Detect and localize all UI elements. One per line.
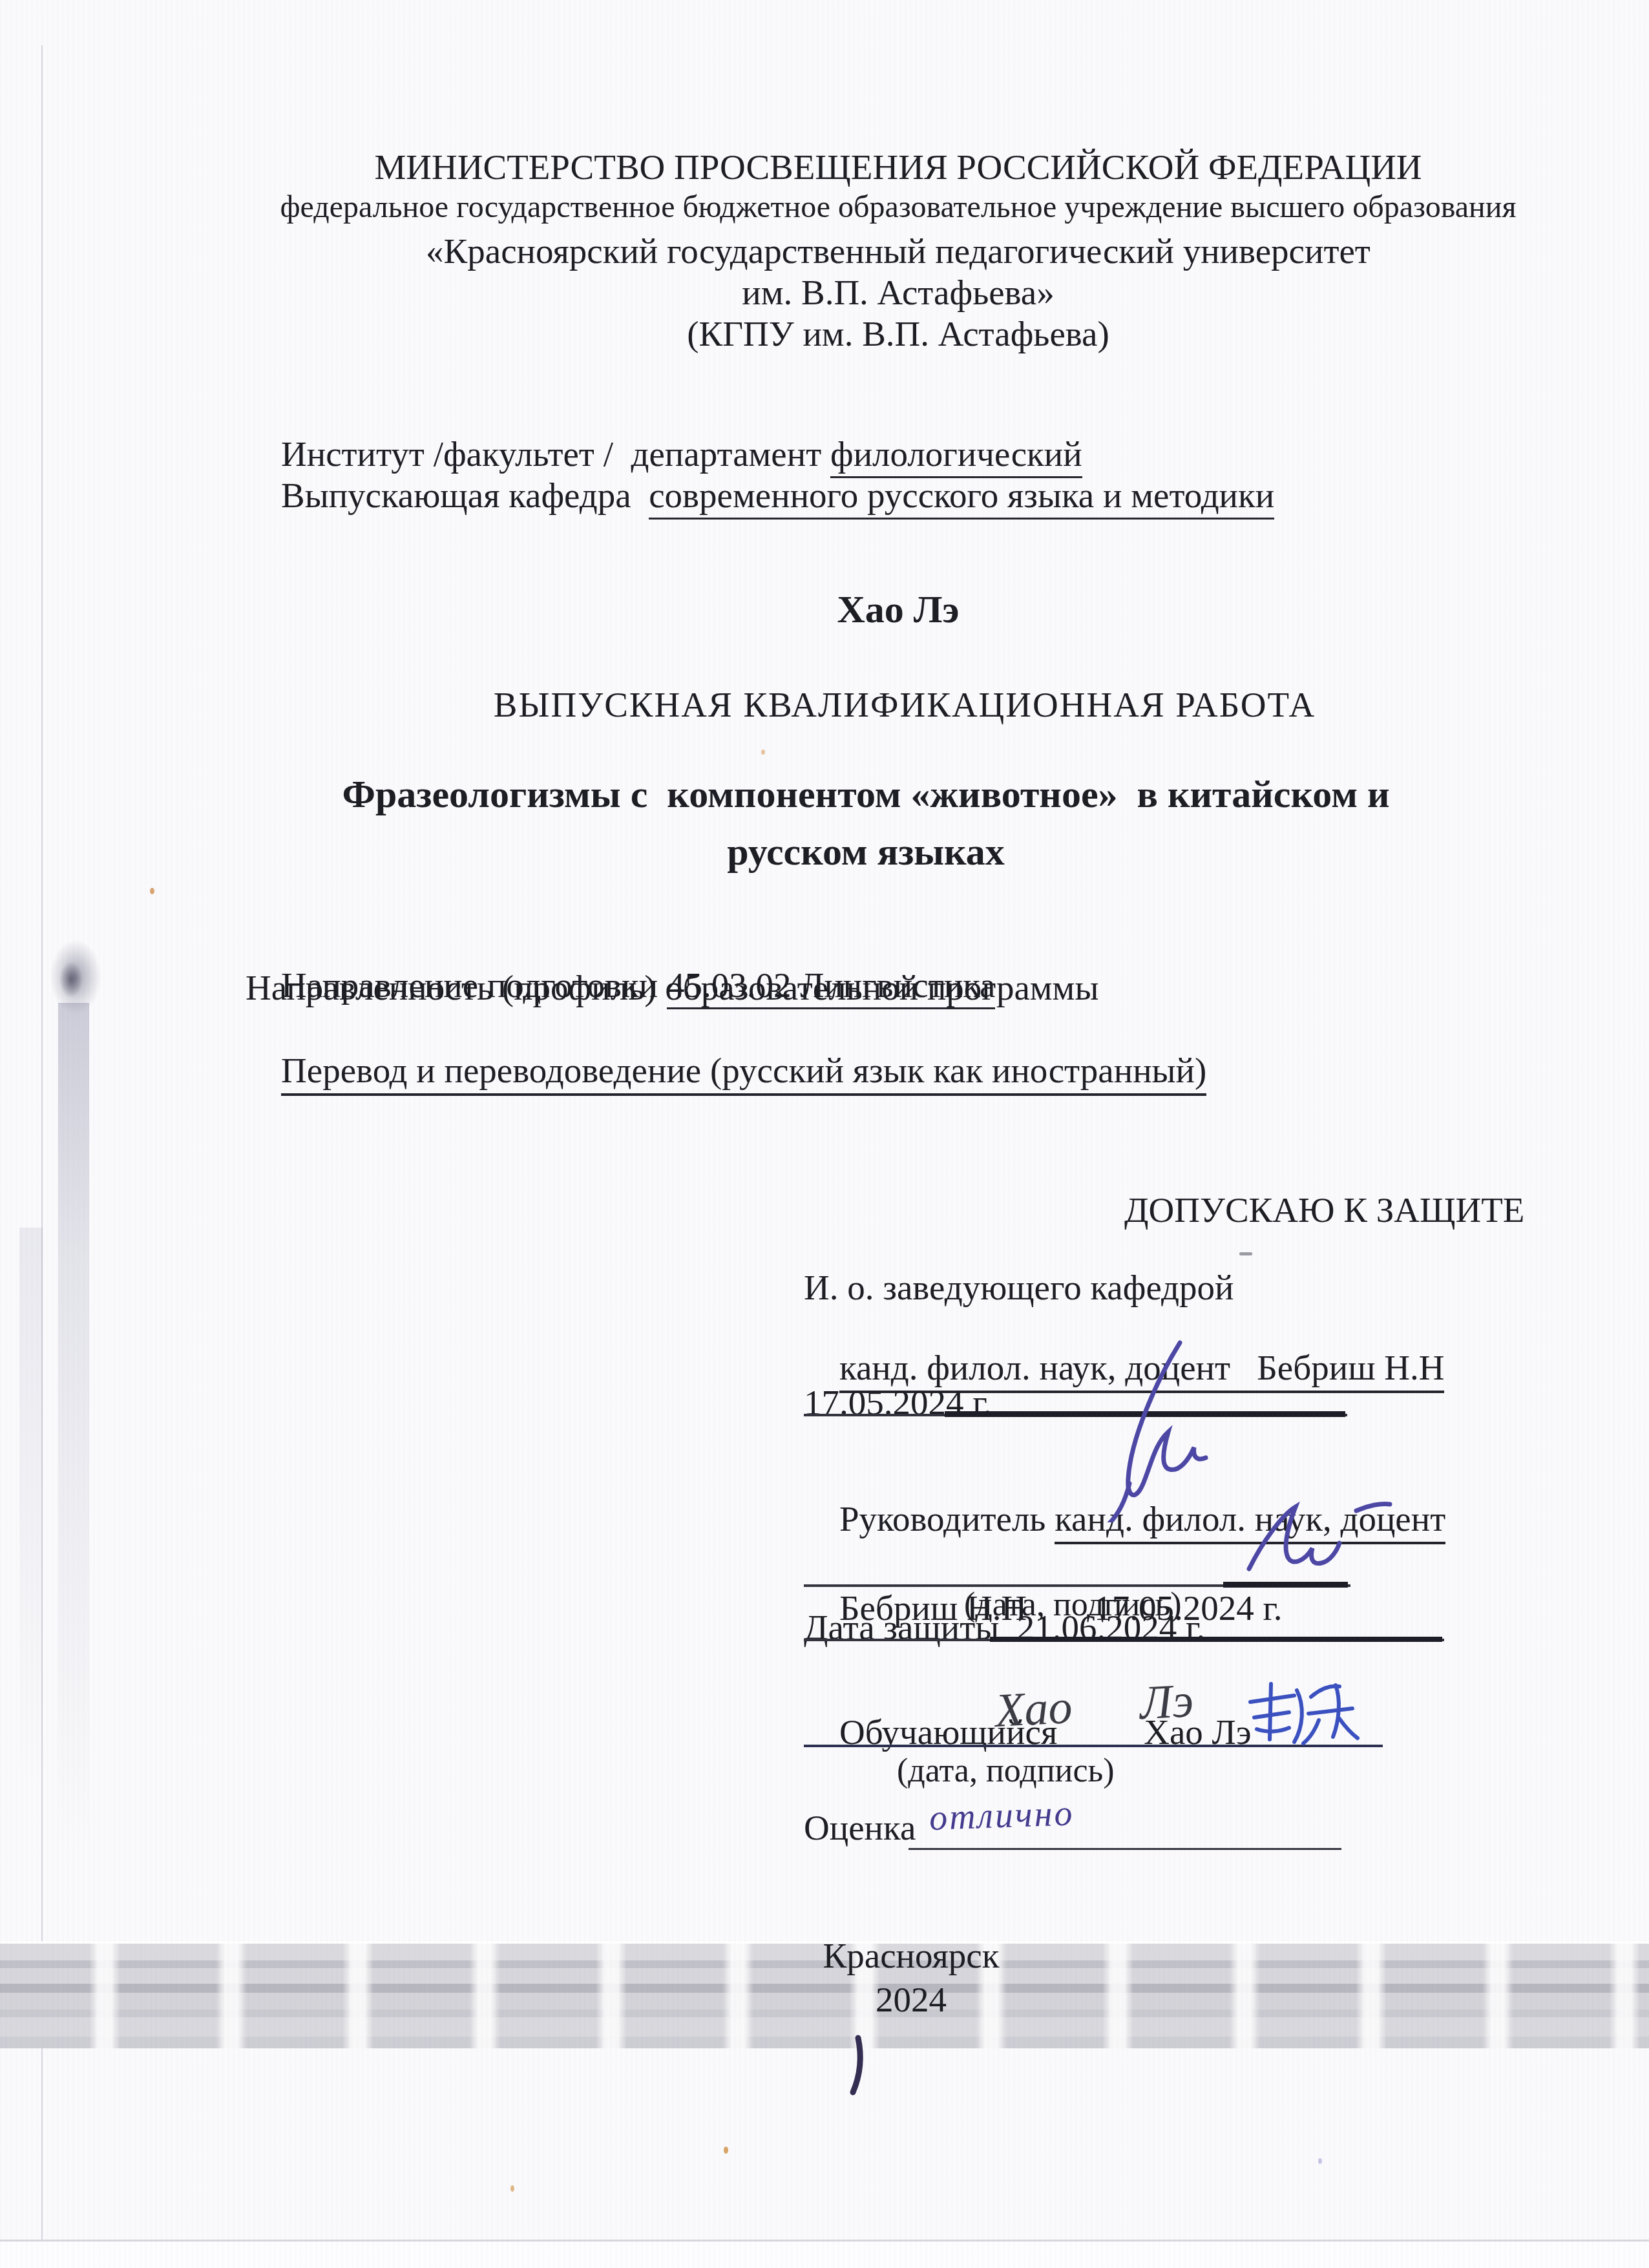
admit-to-defense-line: ДОПУСКАЮ К ЗАЩИТЕ [1124, 1190, 1524, 1230]
defense-underline-thick [990, 1637, 1442, 1642]
student-signature-script: Хао Лэ [994, 1674, 1195, 1739]
speck-dot [1318, 2158, 1322, 2164]
program-profile-value: Перевод и переводоведение (русский язык … [281, 1051, 1206, 1096]
department-label: Выпускающая кафедра [281, 476, 649, 515]
department-value: современного русского языка и методики [649, 476, 1274, 520]
ministry-line: МИНИСТЕРСТВО ПРОСВЕЩЕНИЯ РОССИЙСКОЙ ФЕДЕ… [239, 147, 1557, 187]
grade-label: Оценка [804, 1808, 916, 1848]
thesis-title-line-1: Фразеологизмы с компонентом «животное» в… [207, 773, 1525, 816]
university-name-line-2: им. В.П. Астафьева» [239, 273, 1557, 313]
work-type-title: ВЫПУСКНАЯ КВАЛИФИКАЦИОННАЯ РАБОТА [246, 685, 1564, 725]
head-role-line: И. о. заведующего кафедрой [804, 1268, 1234, 1308]
author-name: Хао Лэ [239, 588, 1557, 631]
thesis-title-line-2: русском языках [207, 830, 1525, 874]
speck-dash [1239, 1252, 1252, 1255]
scanned-title-page: МИНИСТЕРСТВО ПРОСВЕЩЕНИЯ РОССИЙСКОЙ ФЕДЕ… [0, 0, 1649, 2268]
student-hanzi-signature [1244, 1677, 1360, 1748]
scan-bottom-strip [0, 2242, 1649, 2268]
ink-smudge-streak [58, 1003, 89, 1849]
university-name-line: «Красноярский государственный педагогиче… [239, 231, 1557, 271]
ink-smudge-core [54, 954, 88, 1005]
scan-left-edge-line [41, 45, 43, 2240]
department-line: Выпускающая кафедра современного русског… [246, 436, 1274, 555]
speck-dot [724, 2147, 728, 2154]
supervisor-label: Руководитель [839, 1499, 1055, 1538]
footer-year: 2024 [246, 1980, 1577, 2020]
university-abbrev-line: (КГПУ им. В.П. Астафьева) [239, 314, 1557, 354]
grade-handwritten: отлично [929, 1792, 1075, 1839]
speck-dot [761, 750, 765, 755]
institution-type-line: федеральное государственное бюджетное об… [239, 190, 1557, 225]
program-profile-line: Направленность (профиль) образовательной… [246, 968, 1098, 1008]
grade-underline [909, 1848, 1341, 1850]
speck-dot [150, 888, 154, 894]
program-profile-value-line: Перевод и переводоведение (русский язык … [246, 1011, 1206, 1130]
supervisor-signature-ink [1223, 1486, 1436, 1583]
head-signature-ink [1053, 1335, 1241, 1522]
pen-mark-artifact [848, 2034, 871, 2096]
footer-city: Красноярск [246, 1936, 1577, 1976]
ink-smudge-blob [40, 930, 111, 1034]
ink-smudge-streak-2 [19, 1228, 43, 1783]
date-signature-hint-2: (дата, подпись) [897, 1752, 1115, 1790]
speck-dot [510, 2185, 514, 2192]
scan-bottom-edge-line [0, 2240, 1649, 2242]
